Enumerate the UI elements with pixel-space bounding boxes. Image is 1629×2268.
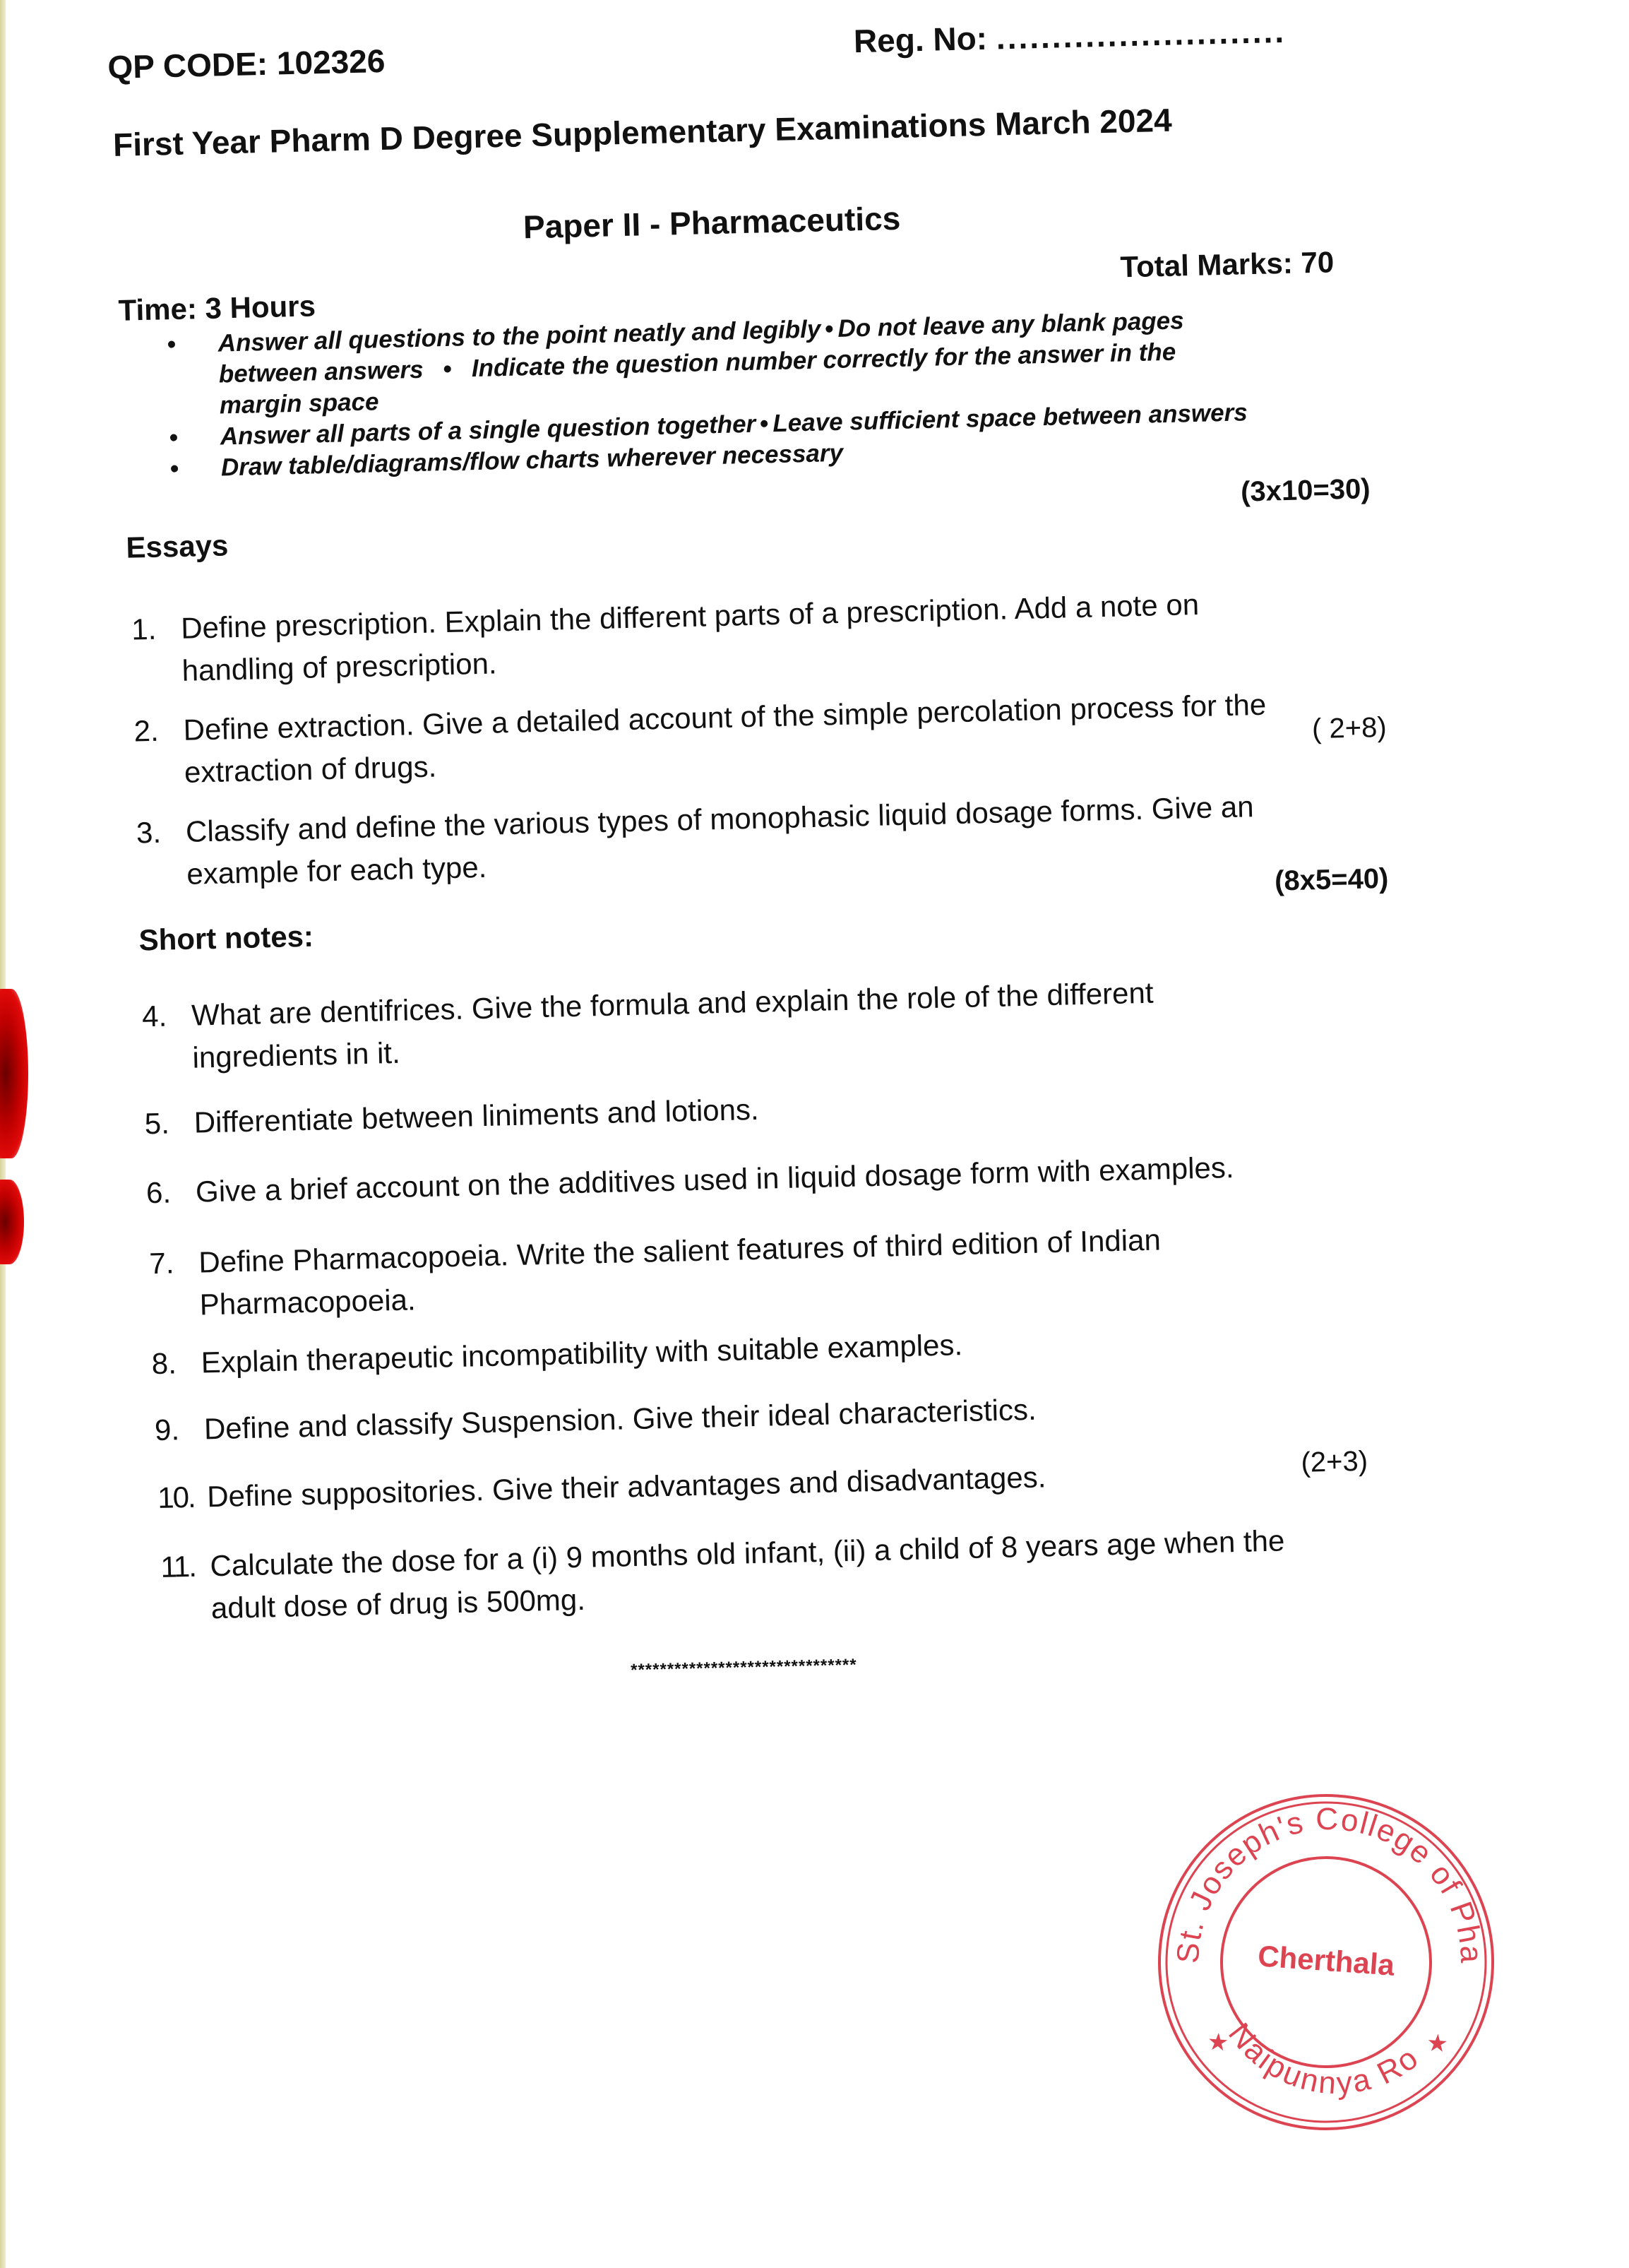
paper-title: Paper II - Pharmaceutics bbox=[523, 199, 900, 247]
question-item: 5. Differentiate between liniments and l… bbox=[144, 1073, 1416, 1145]
question-item: 11. Calculate the dose for a (i) 9 month… bbox=[160, 1516, 1433, 1631]
question-item: 6. Give a brief account on the additives… bbox=[145, 1142, 1417, 1214]
instructions-list: • Answer all questions to the point neat… bbox=[167, 301, 1371, 485]
question-item: 10. Define suppositories. Give their adv… bbox=[157, 1447, 1429, 1519]
bullet-icon: • bbox=[169, 453, 179, 485]
essays-heading: Essays bbox=[126, 528, 229, 564]
question-item: 4. What are dentifrices. Give the formul… bbox=[142, 966, 1414, 1080]
reg-no-field: Reg. No: .......................... bbox=[853, 12, 1286, 60]
total-marks: Total Marks: 70 bbox=[1120, 245, 1335, 284]
bullet-icon: • bbox=[169, 422, 178, 453]
exam-title: First Year Pharm D Degree Supplementary … bbox=[112, 101, 1172, 164]
question-item: 3. Classify and define the various types… bbox=[136, 782, 1408, 896]
exam-duration: Time: 3 Hours bbox=[118, 289, 316, 328]
stamp-center-text: Cherthala bbox=[1257, 1939, 1396, 1981]
question-marks: ( 2+8) bbox=[1311, 706, 1387, 750]
end-of-paper-marker: ******************************* bbox=[631, 1656, 857, 1681]
question-item: 9. Define and classify Suspension. Give … bbox=[154, 1379, 1426, 1451]
bullet-icon: • bbox=[167, 329, 176, 360]
question-item: 7. Define Pharmacopoeia. Write the salie… bbox=[149, 1213, 1421, 1327]
reg-no-label: Reg. No: bbox=[853, 20, 987, 59]
essays-marks: (3x10=30) bbox=[1241, 473, 1371, 508]
red-binding-thread bbox=[0, 1180, 24, 1264]
question-item: 2. Define extraction. Give a detailed ac… bbox=[133, 680, 1406, 795]
star-icon: ★ bbox=[1206, 2028, 1229, 2058]
star-icon: ★ bbox=[1426, 2029, 1449, 2058]
short-notes-heading: Short notes: bbox=[138, 920, 314, 958]
reg-no-blank: .......................... bbox=[996, 13, 1286, 57]
college-stamp: St. Joseph's College of Pharmacy Naipunn… bbox=[1138, 1774, 1515, 2151]
qp-code: QP CODE: 102326 bbox=[107, 42, 386, 86]
question-item: 8. Explain therapeutic incompatibility w… bbox=[151, 1313, 1423, 1385]
short-notes-marks: (8x5=40) bbox=[1275, 863, 1389, 898]
question-item: 1. Define prescription. Explain the diff… bbox=[131, 578, 1404, 693]
question-marks: (2+3) bbox=[1301, 1440, 1368, 1484]
